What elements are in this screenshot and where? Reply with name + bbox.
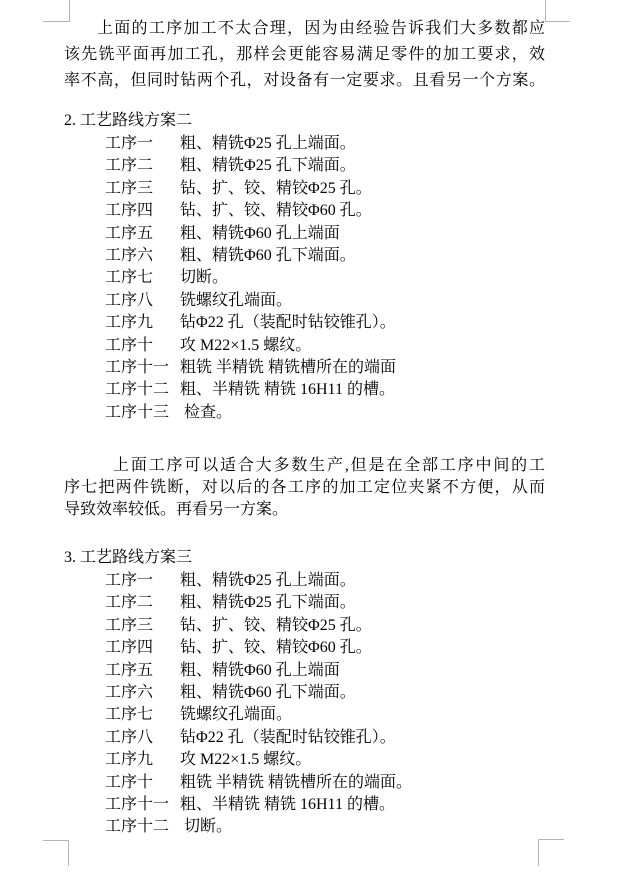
step-description: 粗、精铣Φ25 孔上端面。	[180, 570, 356, 592]
crop-mark-bottom-left-icon	[43, 840, 69, 866]
process-step-row: 工序九钻Φ22 孔（装配时钻铰锥孔）。	[105, 312, 396, 334]
step-description: 粗、精铣Φ60 孔下端面。	[180, 245, 356, 267]
step-label: 工序二	[105, 592, 180, 614]
step-label: 工序四	[105, 637, 180, 659]
intro-paragraph: 上面的工序加工不太合理，因为由经验告诉我们大多数都应 该先铣平面再加工孔，那样会…	[64, 16, 545, 94]
process-step-row: 工序六粗、精铣Φ60 孔下端面。	[105, 245, 396, 267]
step-description: 粗、精铣Φ60 孔下端面。	[180, 682, 356, 704]
step-label: 工序十一	[105, 794, 180, 816]
paragraph-line: 导致效率较低。再看另一方案。	[64, 499, 545, 521]
step-label: 工序十一	[105, 357, 180, 379]
process-step-row: 工序三钻、扩、铰、精铰Φ25 孔。	[105, 178, 396, 200]
process-step-row: 工序三钻、扩、铰、精铰Φ25 孔。	[105, 615, 412, 637]
step-label: 工序三	[105, 178, 180, 200]
step-label: 工序二	[105, 155, 180, 177]
step-description: 钻、扩、铰、精铰Φ25 孔。	[180, 178, 372, 200]
step-label: 工序十三	[105, 402, 180, 424]
step-description: 粗、半精铣 精铣 16H11 的槽。	[180, 379, 395, 401]
process-step-row: 工序一粗、精铣Φ25 孔上端面。	[105, 133, 396, 155]
step-description: 钻Φ22 孔（装配时钻铰锥孔）。	[180, 312, 396, 334]
process-step-row: 工序十攻 M22×1.5 螺纹。	[105, 335, 396, 357]
process-step-row: 工序六粗、精铣Φ60 孔下端面。	[105, 682, 412, 704]
document-page: 上面的工序加工不太合理，因为由经验告诉我们大多数都应 该先铣平面再加工孔，那样会…	[0, 0, 626, 891]
process-step-list-plan-2: 工序一粗、精铣Φ25 孔上端面。工序二粗、精铣Φ25 孔下端面。工序三钻、扩、铰…	[105, 133, 396, 424]
step-description: 粗、精铣Φ60 孔上端面	[180, 223, 340, 245]
process-step-row: 工序十二 切断。	[105, 816, 412, 838]
process-step-row: 工序八铣螺纹孔端面。	[105, 290, 396, 312]
process-step-row: 工序七铣螺纹孔端面。	[105, 704, 412, 726]
step-label: 工序十	[105, 335, 180, 357]
section-heading-plan-2: 2. 工艺路线方案二	[64, 110, 192, 132]
process-step-list-plan-3: 工序一粗、精铣Φ25 孔上端面。工序二粗、精铣Φ25 孔下端面。工序三钻、扩、铰…	[105, 570, 412, 839]
step-description: 切断。	[180, 267, 228, 289]
step-description: 铣螺纹孔端面。	[180, 290, 292, 312]
commentary-paragraph: 上面工序可以适合大多数生产,但是在全部工序中间的工 序七把两件铣断，对以后的各工…	[64, 455, 545, 521]
crop-mark-bottom-right-icon	[538, 839, 564, 866]
step-label: 工序五	[105, 223, 180, 245]
step-description: 检查。	[180, 402, 232, 424]
step-label: 工序九	[105, 749, 180, 771]
process-step-row: 工序五粗、精铣Φ60 孔上端面	[105, 223, 396, 245]
step-label: 工序七	[105, 267, 180, 289]
step-description: 钻、扩、铰、精铰Φ25 孔。	[180, 615, 372, 637]
step-label: 工序八	[105, 727, 180, 749]
step-description: 攻 M22×1.5 螺纹。	[180, 749, 311, 771]
process-step-row: 工序十二粗、半精铣 精铣 16H11 的槽。	[105, 379, 396, 401]
step-description: 铣螺纹孔端面。	[180, 704, 292, 726]
step-label: 工序三	[105, 615, 180, 637]
step-description: 钻、扩、铰、精铰Φ60 孔。	[180, 200, 372, 222]
step-label: 工序十	[105, 772, 180, 794]
process-step-row: 工序十一粗、半精铣 精铣 16H11 的槽。	[105, 794, 412, 816]
process-step-row: 工序四钻、扩、铰、精铰Φ60 孔。	[105, 637, 412, 659]
step-description: 粗铣 半精铣 精铣槽所在的端面	[180, 357, 396, 379]
paragraph-line: 率不高，但同时钻两个孔，对设备有一定要求。且看另一个方案。	[64, 68, 545, 94]
paragraph-line: 该先铣平面再加工孔，那样会更能容易满足零件的加工要求，效	[64, 42, 545, 68]
process-step-row: 工序一粗、精铣Φ25 孔上端面。	[105, 570, 412, 592]
step-label: 工序十二	[105, 379, 180, 401]
step-label: 工序四	[105, 200, 180, 222]
step-label: 工序六	[105, 245, 180, 267]
step-label: 工序一	[105, 570, 180, 592]
step-description: 粗、精铣Φ60 孔上端面	[180, 660, 340, 682]
step-description: 钻、扩、铰、精铰Φ60 孔。	[180, 637, 372, 659]
process-step-row: 工序二粗、精铣Φ25 孔下端面。	[105, 592, 412, 614]
process-step-row: 工序十一粗铣 半精铣 精铣槽所在的端面	[105, 357, 396, 379]
step-description: 攻 M22×1.5 螺纹。	[180, 335, 311, 357]
step-label: 工序一	[105, 133, 180, 155]
process-step-row: 工序七切断。	[105, 267, 396, 289]
paragraph-line: 上面工序可以适合大多数生产,但是在全部工序中间的工	[64, 455, 545, 477]
process-step-row: 工序二粗、精铣Φ25 孔下端面。	[105, 155, 396, 177]
step-description: 切断。	[180, 816, 232, 838]
step-label: 工序七	[105, 704, 180, 726]
crop-mark-top-right-icon	[545, 0, 570, 22]
step-description: 粗、精铣Φ25 孔下端面。	[180, 592, 356, 614]
step-label: 工序八	[105, 290, 180, 312]
process-step-row: 工序四钻、扩、铰、精铰Φ60 孔。	[105, 200, 396, 222]
process-step-row: 工序十粗铣 半精铣 精铣槽所在的端面。	[105, 772, 412, 794]
step-description: 粗、精铣Φ25 孔下端面。	[180, 155, 356, 177]
step-label: 工序十二	[105, 816, 180, 838]
step-description: 粗、半精铣 精铣 16H11 的槽。	[180, 794, 395, 816]
process-step-row: 工序十三 检查。	[105, 402, 396, 424]
step-description: 粗铣 半精铣 精铣槽所在的端面。	[180, 772, 412, 794]
step-label: 工序六	[105, 682, 180, 704]
process-step-row: 工序九攻 M22×1.5 螺纹。	[105, 749, 412, 771]
paragraph-line: 序七把两件铣断，对以后的各工序的加工定位夹紧不方便，从而	[64, 477, 545, 499]
paragraph-line: 上面的工序加工不太合理，因为由经验告诉我们大多数都应	[64, 16, 545, 42]
process-step-row: 工序五粗、精铣Φ60 孔上端面	[105, 660, 412, 682]
step-label: 工序九	[105, 312, 180, 334]
step-description: 粗、精铣Φ25 孔上端面。	[180, 133, 356, 155]
step-description: 钻Φ22 孔（装配时钻铰锥孔）。	[180, 727, 396, 749]
process-step-row: 工序八钻Φ22 孔（装配时钻铰锥孔）。	[105, 727, 412, 749]
step-label: 工序五	[105, 660, 180, 682]
section-heading-plan-3: 3. 工艺路线方案三	[64, 547, 192, 569]
